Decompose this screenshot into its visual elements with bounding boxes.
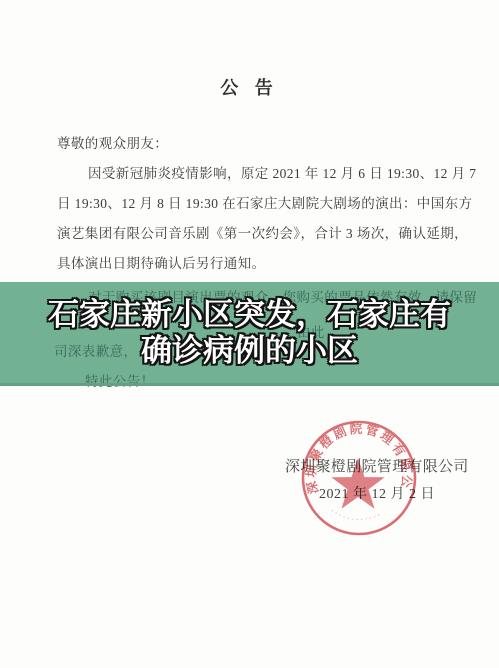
- body-line-2: 日 19:30、12 月 8 日 19:30 在石家庄大剧院大剧场的演出：中国东…: [57, 192, 472, 212]
- announcement-screenshot: 公 告 尊敬的观众朋友： 因受新冠肺炎疫情影响，原定 2021 年 12 月 6…: [0, 0, 499, 668]
- seal-bottom-marks-holder: ◦◦◦◦◦◦◦◦◦◦◦◦: [330, 508, 381, 523]
- seal-star-icon: [331, 458, 384, 509]
- closing-line: 特此公告！: [85, 370, 155, 390]
- salutation-line: 尊敬的观众朋友：: [57, 132, 168, 152]
- headline-line-2: 确诊病例的小区: [0, 333, 499, 369]
- body-line-1: 因受新冠肺炎疫情影响，原定 2021 年 12 月 6 日 19:30、12 月…: [88, 162, 476, 182]
- headline-overlay-band: 对于购买该剧目演出票的观众，您购买的票品依然有效，请保留 由此 司深表歉意， 特…: [0, 282, 499, 386]
- body-line-4: 具体演出日期待确认后另行通知。: [57, 252, 266, 272]
- seal-bottom-marks: ◦◦◦◦◦◦◦◦◦◦◦◦: [330, 508, 381, 523]
- document-title: 公 告: [0, 74, 499, 100]
- band-bottom-edge: [0, 383, 499, 386]
- company-seal: 深圳聚橙剧院管理有限公司 ◦◦◦◦◦◦◦◦◦◦◦◦: [293, 410, 429, 546]
- body-line-3: 演艺集团有限公司音乐剧《第一次约会》，合计 3 场次，确认延期，: [57, 222, 468, 242]
- headline-line-1: 石家庄新小区突发，石家庄有: [0, 297, 499, 333]
